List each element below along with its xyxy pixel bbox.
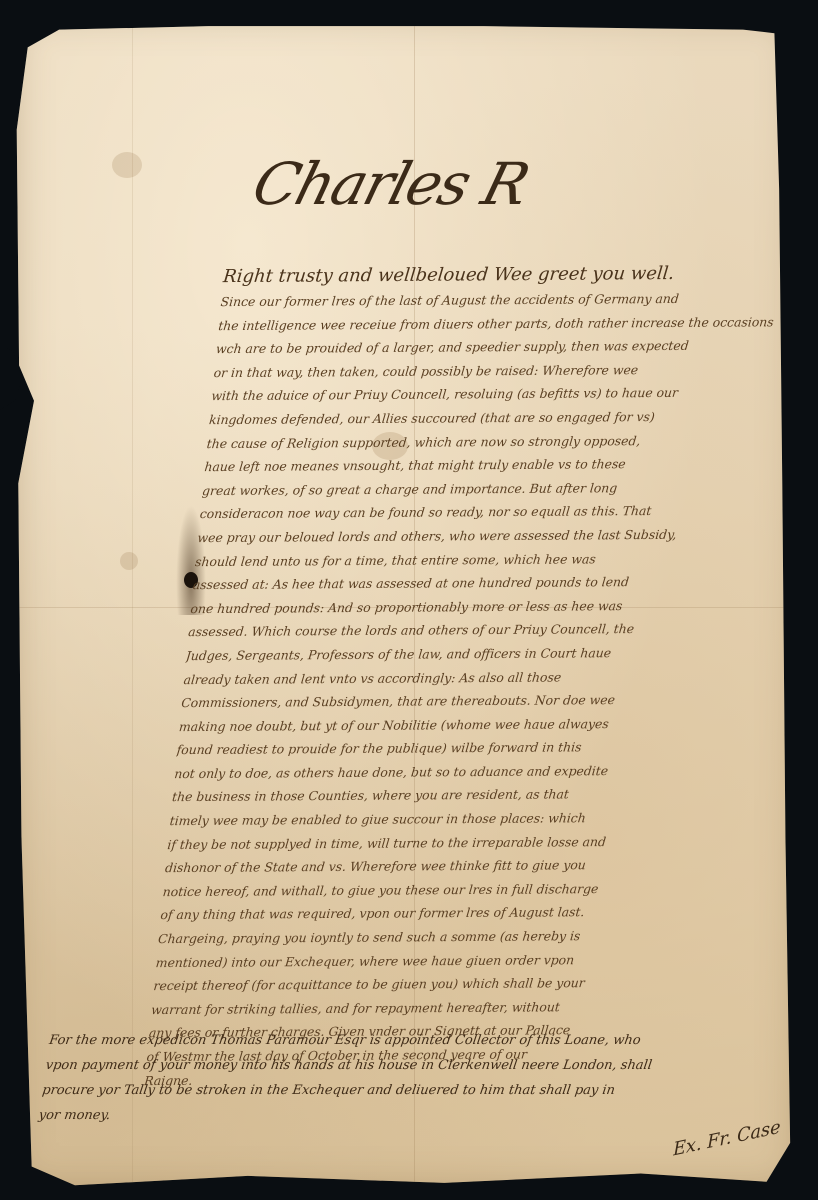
body-line: the intelligence wee receiue from diuers…: [217, 309, 818, 337]
left-fold-crease: [132, 12, 133, 1190]
postscript-line: procure yor Tally to be stroken in the E…: [40, 1078, 804, 1103]
torn-edge: [0, 345, 22, 410]
paper-stain: [120, 552, 138, 570]
salutation: Right trusty and wellbeloued Wee greet y…: [222, 260, 818, 290]
royal-signature: Charles R: [246, 150, 535, 218]
postscript: For the more expedicon Thomas Paramour E…: [37, 1028, 811, 1128]
paper-stain: [112, 152, 142, 178]
postscript-line: For the more expedicon Thomas Paramour E…: [48, 1028, 812, 1053]
letter-body: Right trusty and wellbeloued Wee greet y…: [143, 260, 818, 1092]
postscript-line: vpon payment of your money into his hand…: [44, 1053, 808, 1078]
postscript-line: yor money.: [37, 1103, 801, 1128]
